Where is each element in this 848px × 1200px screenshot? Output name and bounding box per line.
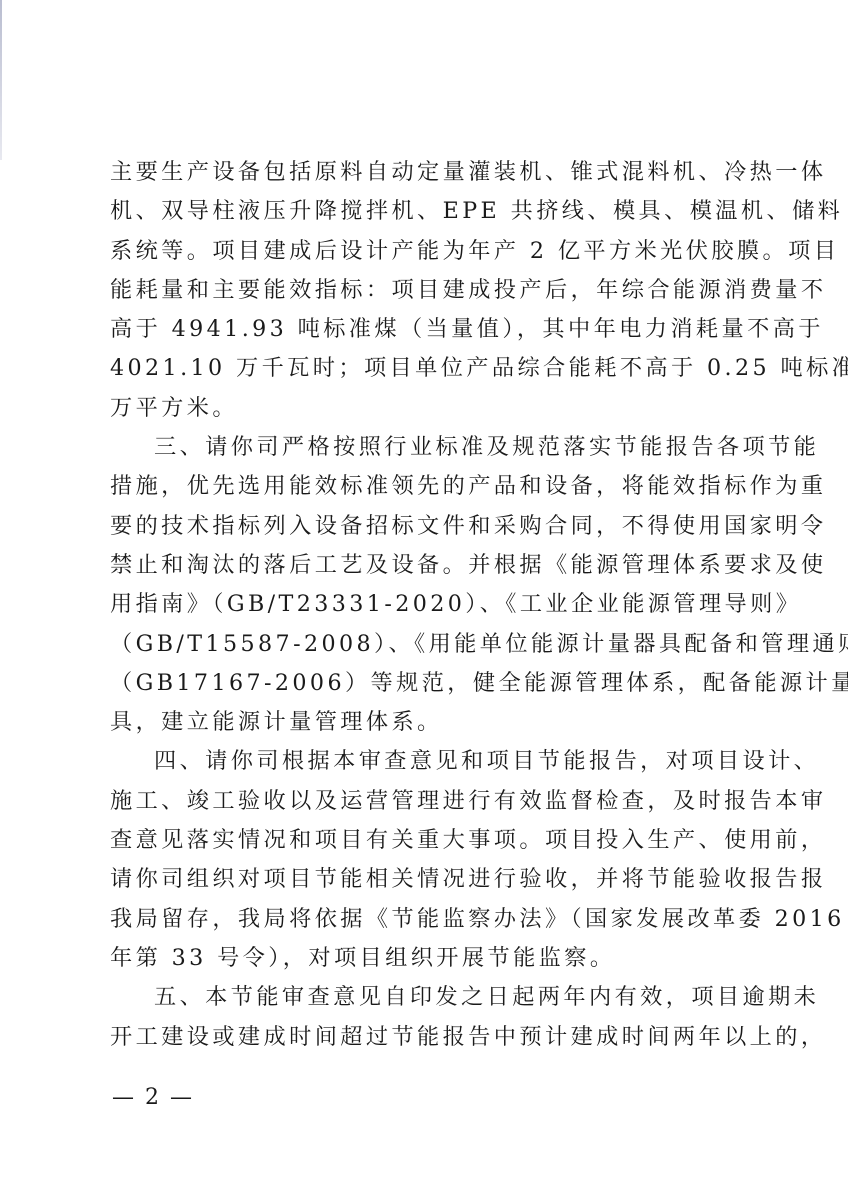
section-four-heading-line: 四、请你司根据本审查意见和项目节能报告，对项目设计、	[110, 742, 746, 781]
text-line: 4021.10 万千瓦时；项目单位产品综合能耗不高于 0.25 吨标准煤/	[110, 349, 746, 388]
text-line: 高于 4941.93 吨标准煤（当量值），其中年电力消耗量不高于	[110, 310, 746, 349]
text-line: 请你司组织对项目节能相关情况进行验收，并将节能验收报告报	[110, 860, 746, 899]
text-line: 开工建设或建成时间超过节能报告中预计建成时间两年以上的，	[110, 1018, 746, 1057]
section-five-heading-line: 五、本节能审查意见自印发之日起两年内有效，项目逾期未	[110, 978, 746, 1017]
text-line: 主要生产设备包括原料自动定量灌装机、锥式混料机、冷热一体	[110, 153, 746, 192]
text-line: 措施，优先选用能效标准领先的产品和设备，将能效指标作为重	[110, 467, 746, 506]
page-number: — 2 —	[112, 1085, 194, 1110]
text-line: 要的技术指标列入设备招标文件和采购合同，不得使用国家明令	[110, 507, 746, 546]
text-line: 具，建立能源计量管理体系。	[110, 703, 746, 742]
text-line: 机、双导柱液压升降搅拌机、EPE 共挤线、模具、模温机、储料	[110, 192, 746, 231]
text-line: 查意见落实情况和项目有关重大事项。项目投入生产、使用前，	[110, 821, 746, 860]
text-line: 禁止和淘汰的落后工艺及设备。并根据《能源管理体系要求及使	[110, 546, 746, 585]
text-line: 系统等。项目建成后设计产能为年产 2 亿平方米光伏胶膜。项目	[110, 232, 746, 271]
text-line: （GB/T15587-2008）、《用能单位能源计量器具配备和管理通则》	[110, 625, 746, 664]
text-line: 施工、竣工验收以及运营管理进行有效监督检查，及时报告本审	[110, 782, 746, 821]
text-line: 我局留存，我局将依据《节能监察办法》（国家发展改革委 2016	[110, 900, 746, 939]
document-body: 主要生产设备包括原料自动定量灌装机、锥式混料机、冷热一体 机、双导柱液压升降搅拌…	[110, 153, 746, 1057]
text-line: 能耗量和主要能效指标：项目建成投产后，年综合能源消费量不	[110, 271, 746, 310]
text-line: 年第 33 号令），对项目组织开展节能监察。	[110, 939, 746, 978]
text-line: （GB17167-2006）等规范，健全能源管理体系，配备能源计量器	[110, 664, 746, 703]
scan-edge-artifact	[0, 0, 2, 160]
text-line: 万平方米。	[110, 389, 746, 428]
text-line: 用指南》（GB/T23331-2020）、《工业企业能源管理导则》	[110, 585, 746, 624]
section-three-heading-line: 三、请你司严格按照行业标准及规范落实节能报告各项节能	[110, 428, 746, 467]
